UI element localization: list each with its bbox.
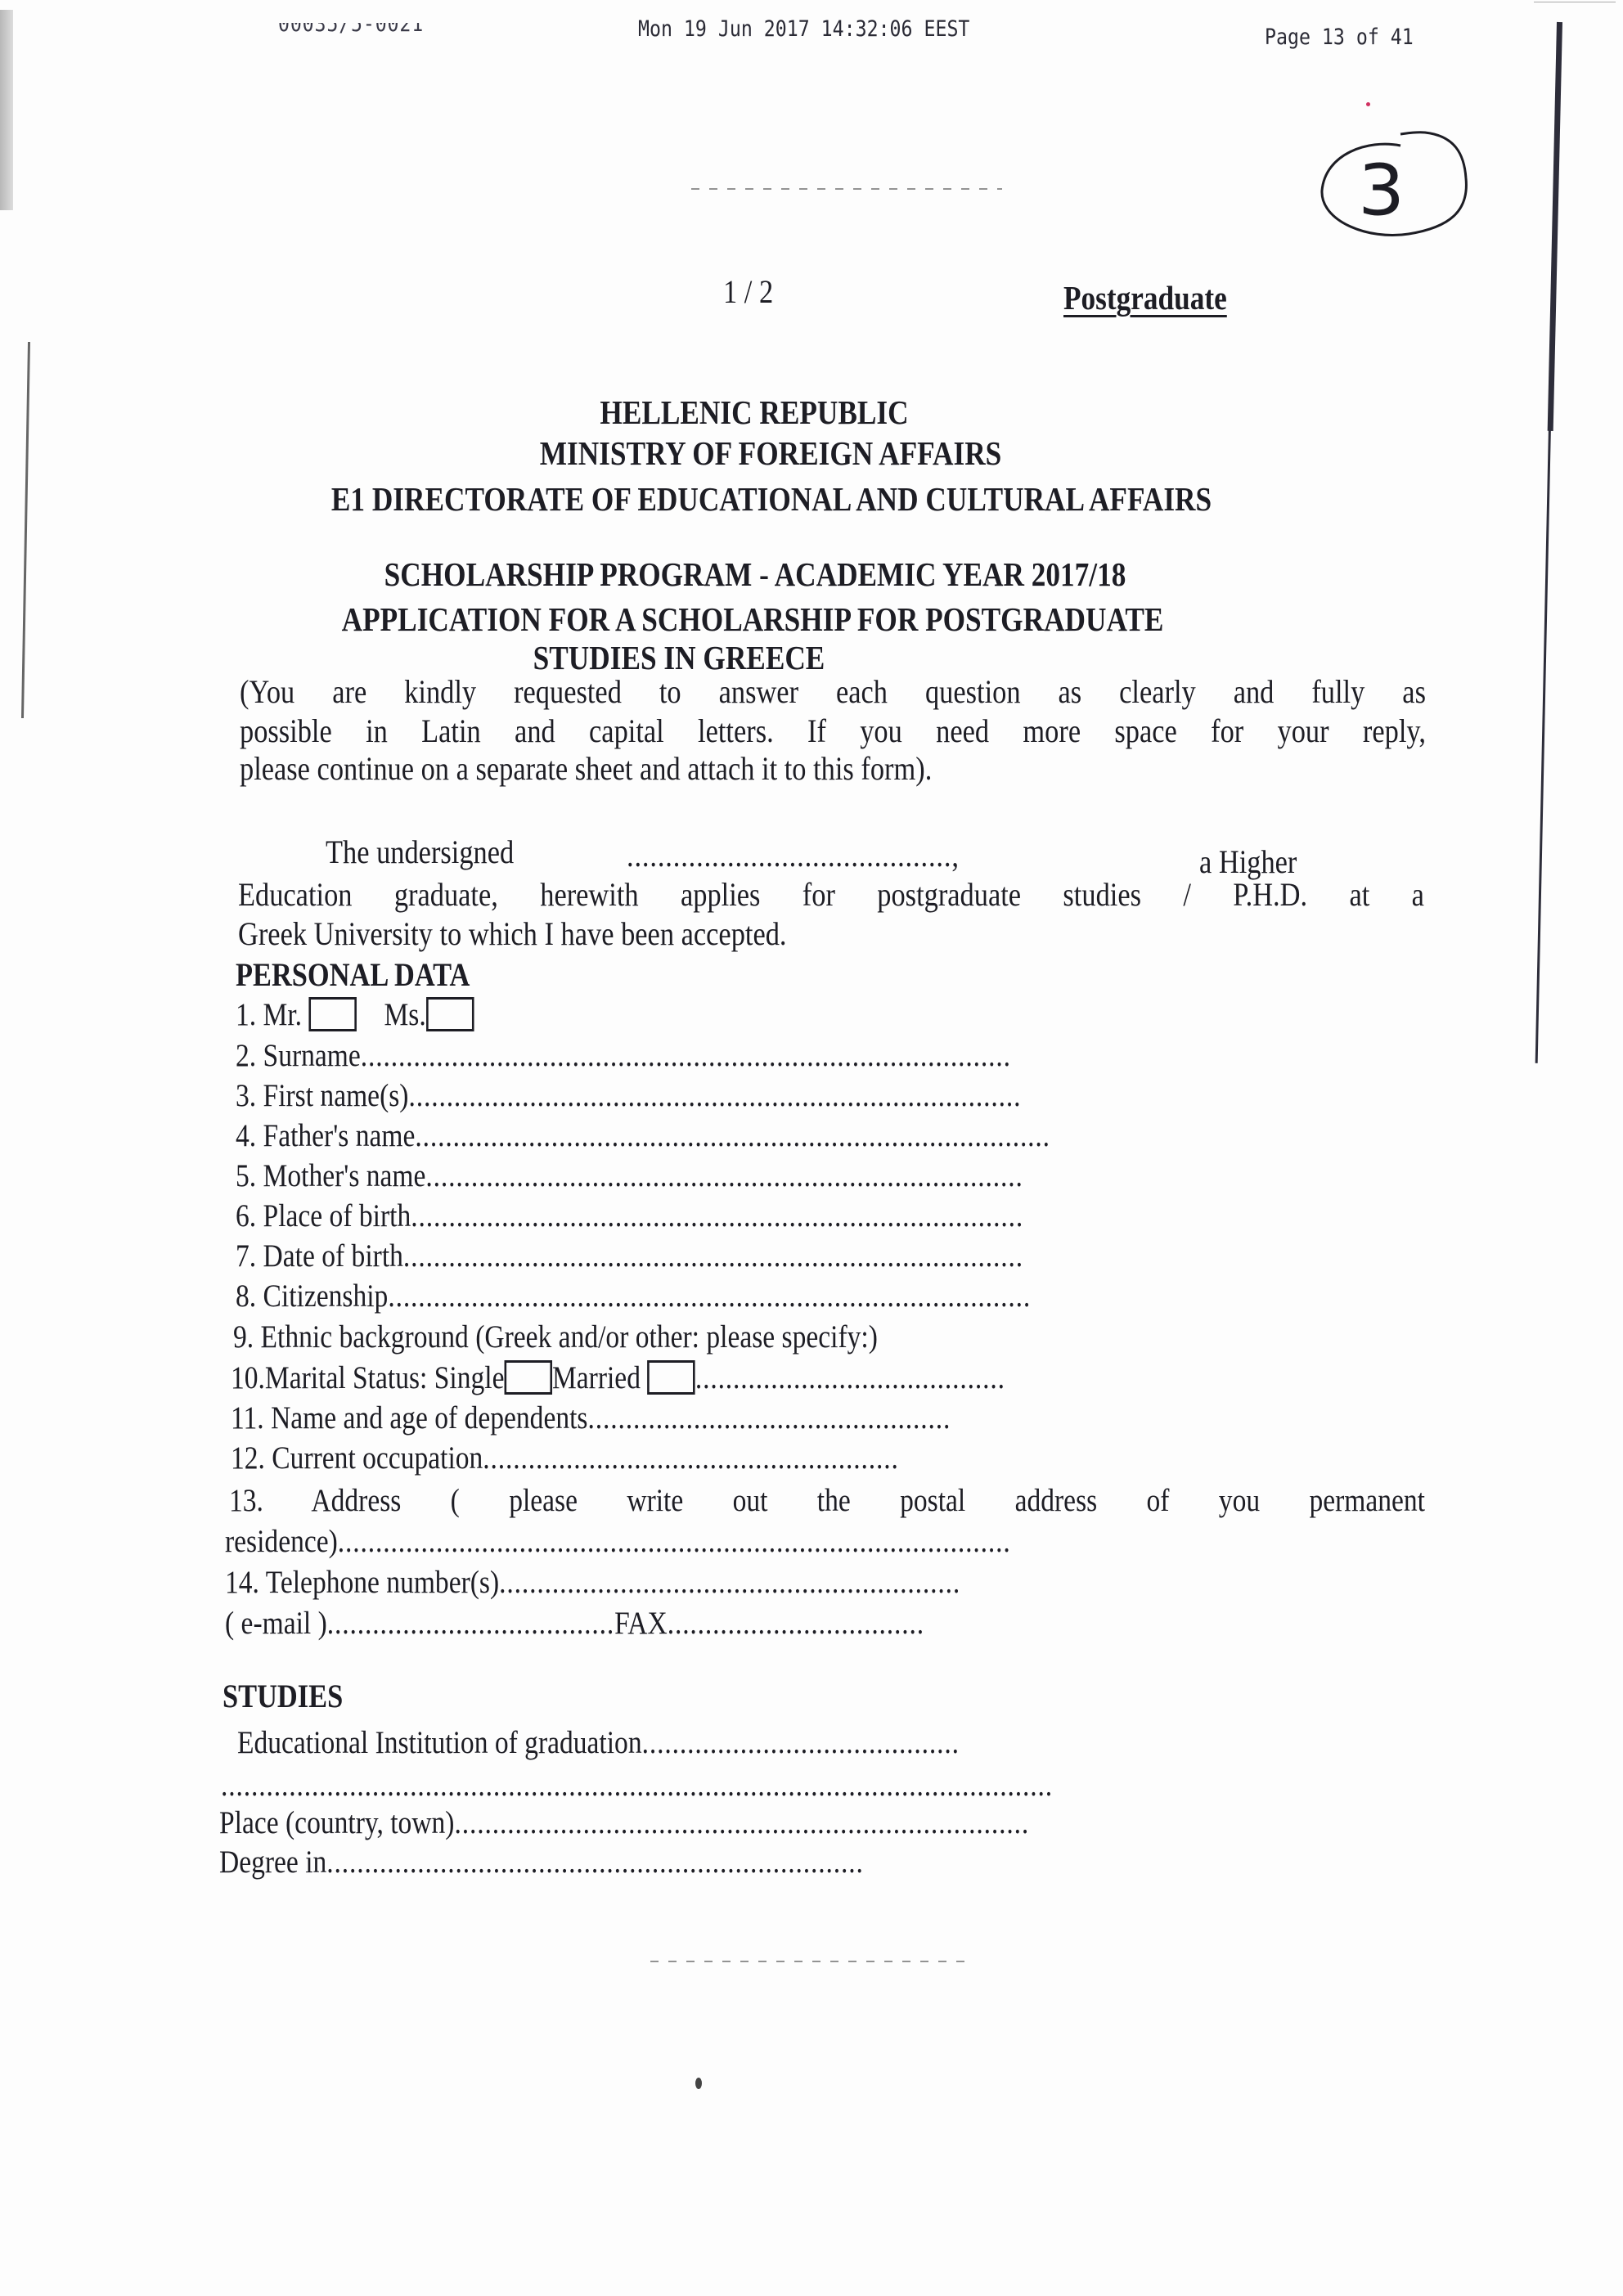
field-label: Place (country, town) (219, 1805, 454, 1840)
fill-line[interactable]: ........................................… (361, 1038, 1011, 1073)
scan-edge-bar-lower (1535, 425, 1551, 1063)
first-name-field[interactable]: 3. First name(s)........................… (236, 1077, 1021, 1114)
occupation-field[interactable]: 12. Current occupation..................… (231, 1440, 899, 1476)
fax-timestamp: Mon 19 Jun 2017 14:32:06 EEST (638, 16, 969, 42)
fill-line[interactable]: ........................................… (411, 1198, 1023, 1233)
field-label: 4. Father's name (236, 1118, 415, 1153)
ethnic-background-field[interactable]: 9. Ethnic background (Greek and/or other… (233, 1319, 878, 1355)
scan-edge-bar (1548, 22, 1562, 431)
single-checkbox[interactable] (504, 1360, 551, 1395)
faint-dashed-rule-bottom (650, 1961, 965, 1962)
field-label: 3. First name(s) (236, 1078, 408, 1113)
fill-line[interactable]: ........................................… (499, 1565, 960, 1600)
fill-line[interactable]: ........................................… (642, 1725, 960, 1760)
fill-line[interactable]: ........................................… (483, 1440, 898, 1476)
fill-line[interactable]: ........................................… (403, 1238, 1023, 1274)
form-title-line-1: SCHOLARSHIP PROGRAM - ACADEMIC YEAR 2017… (384, 555, 1126, 594)
marital-single-label: 10.Marital Status: Single (231, 1360, 504, 1395)
scan-speck (695, 2078, 702, 2089)
field-label: 6. Place of birth (236, 1198, 411, 1233)
fill-line[interactable]: ........................................… (415, 1118, 1050, 1153)
field-label: 11. Name and age of dependents (231, 1400, 587, 1436)
fax-label: FAX (614, 1606, 668, 1641)
institution-field[interactable]: Educational Institution of graduation...… (237, 1724, 960, 1761)
fill-line[interactable]: ........................................… (388, 1278, 1031, 1314)
fill-line[interactable]: ........................................… (587, 1400, 951, 1436)
category-label: Postgraduate (1063, 278, 1227, 317)
field-label: Educational Institution of graduation (237, 1725, 642, 1760)
fill-line[interactable]: ........................................… (408, 1078, 1021, 1113)
field-label: 14. Telephone number(s) (225, 1565, 499, 1600)
scan-edge-line (21, 342, 30, 718)
field-label: Degree in (219, 1844, 326, 1880)
telephone-field[interactable]: 14. Telephone number(s).................… (225, 1564, 960, 1601)
fax-number: 00035/5-0021 (278, 11, 424, 37)
personal-data-heading: PERSONAL DATA (236, 955, 470, 994)
header-line-1: HELLENIC REPUBLIC (600, 393, 908, 432)
marital-married-label: Married (552, 1360, 641, 1395)
address-field[interactable]: residence)..............................… (225, 1523, 1011, 1560)
surname-field[interactable]: 2. Surname..............................… (236, 1037, 1011, 1074)
married-checkbox[interactable] (647, 1360, 695, 1395)
email-fax-row: ( e-mail )..............................… (225, 1605, 924, 1642)
field-label: 5. Mother's name (236, 1158, 425, 1193)
institution-fill-line-2[interactable]: ........................................… (221, 1767, 1053, 1804)
title-ms-label: Ms. (384, 997, 425, 1032)
declaration-start: The undersigned (326, 833, 514, 871)
fill-line[interactable]: ........................................… (326, 1844, 863, 1880)
page-fraction: 1 / 2 (723, 272, 773, 311)
scan-top-rule (1534, 2, 1616, 2)
mothers-name-field[interactable]: 5. Mother's name........................… (236, 1157, 1023, 1194)
title-field: 1. Mr. Ms. (236, 996, 474, 1033)
field-label: 8. Citizenship (236, 1278, 388, 1314)
date-of-birth-field[interactable]: 7. Date of birth........................… (236, 1238, 1023, 1274)
fill-line[interactable]: ........................................… (695, 1360, 1005, 1395)
fill-line[interactable]: ........................................… (338, 1524, 1011, 1559)
fax-fill-line[interactable]: .................................. (668, 1606, 924, 1641)
field-label: 2. Surname (236, 1038, 361, 1073)
instructions-line-1: (You are kindly requested to answer each… (240, 672, 1426, 711)
marital-status-field: 10.Marital Status: SingleMarried .......… (231, 1359, 1005, 1396)
scan-edge-shadow (0, 10, 13, 210)
email-label: ( e-mail ) (225, 1606, 327, 1641)
email-fill-line[interactable]: ...................................... (327, 1606, 614, 1641)
declaration-line-2: Education graduate, herewith applies for… (238, 875, 1424, 914)
place-field[interactable]: Place (country, town)...................… (219, 1804, 1029, 1841)
form-title-line-2: APPLICATION FOR A SCHOLARSHIP FOR POSTGR… (342, 600, 1164, 639)
fill-line[interactable]: ........................................… (454, 1805, 1029, 1840)
field-label: 7. Date of birth (236, 1238, 403, 1274)
address-label-line-1: 13. Address ( please write out the posta… (229, 1482, 1425, 1519)
fill-line[interactable]: ........................................… (425, 1158, 1023, 1193)
citizenship-field[interactable]: 8. Citizenship..........................… (236, 1278, 1031, 1314)
degree-field[interactable]: Degree in...............................… (219, 1844, 864, 1880)
header-line-3: E1 DIRECTORATE OF EDUCATIONAL AND CULTUR… (331, 479, 1212, 519)
faint-dashed-rule-top (691, 188, 1002, 190)
field-label: 12. Current occupation (231, 1440, 483, 1476)
undersigned-name-field[interactable]: ........................................… (627, 836, 960, 874)
mr-checkbox[interactable] (308, 997, 356, 1031)
dependents-field[interactable]: 11. Name and age of dependents..........… (231, 1400, 951, 1436)
fathers-name-field[interactable]: 4. Father's name........................… (236, 1117, 1050, 1154)
svg-text:3: 3 (1358, 151, 1405, 231)
declaration-line-3: Greek University to which I have been ac… (238, 914, 787, 953)
studies-heading: STUDIES (223, 1677, 343, 1715)
form-title-line-3: STUDIES IN GREECE (533, 638, 825, 677)
ms-checkbox[interactable] (426, 997, 474, 1031)
instructions-line-2: possible in Latin and capital letters. I… (240, 712, 1426, 750)
title-mr-label: 1. Mr. (236, 997, 302, 1032)
red-speck (1366, 102, 1370, 106)
handwritten-circled-number-icon: 3 (1319, 129, 1471, 242)
header-line-2: MINISTRY OF FOREIGN AFFAIRS (540, 434, 1002, 473)
page-indicator: Page 13 of 41 (1265, 25, 1414, 50)
instructions-line-3: please continue on a separate sheet and … (240, 749, 932, 788)
field-label: residence) (225, 1524, 338, 1559)
place-of-birth-field[interactable]: 6. Place of birth.......................… (236, 1197, 1023, 1234)
